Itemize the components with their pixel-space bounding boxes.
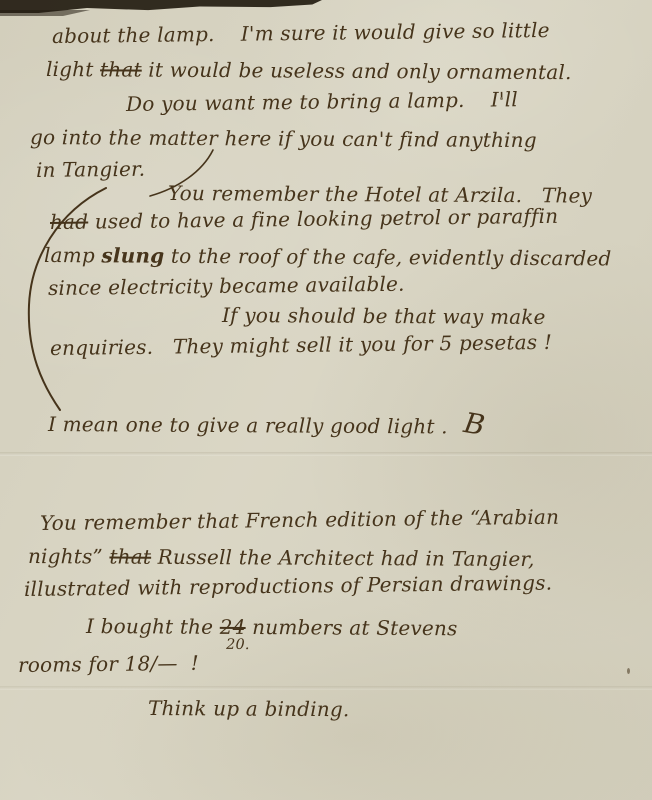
handwriting-text: You remember that French edition of the … bbox=[40, 505, 559, 535]
letter-body: about the lamp. I'm sure it would give s… bbox=[0, 20, 652, 725]
letter-line: illustrated with reproductions of Persia… bbox=[24, 565, 652, 606]
handwriting-text: nights” bbox=[28, 544, 110, 568]
handwriting-text: in Tangier. bbox=[36, 157, 145, 182]
letter-line: enquiries. They might sell it you for 5 … bbox=[50, 325, 652, 365]
struck-text: 2420. bbox=[220, 615, 246, 639]
letter-line: I bought the 2420. numbers at Stevens bbox=[86, 610, 652, 646]
letter-page: about the lamp. I'm sure it would give s… bbox=[0, 0, 652, 800]
ink-speck bbox=[500, 97, 503, 100]
handwriting-text: light bbox=[46, 57, 100, 81]
handwriting-text: I mean one to give a really good light . bbox=[48, 412, 448, 438]
letter-line: Do you want me to bring a lamp. I'll bbox=[126, 82, 652, 121]
handwriting-text: it would be useless and only ornamental. bbox=[142, 58, 572, 85]
handwriting-text: If you should be that way make bbox=[222, 303, 546, 329]
handwriting-text: slung bbox=[101, 243, 164, 267]
letter-line: about the lamp. I'm sure it would give s… bbox=[52, 13, 652, 53]
handwriting-text: used to have a fine looking petrol or pa… bbox=[88, 204, 558, 234]
handwriting-text: since electricity became available. bbox=[48, 272, 405, 300]
letter-line: I mean one to give a really good light .… bbox=[48, 405, 652, 445]
struck-text: that bbox=[100, 57, 142, 81]
handwriting-text: about the lamp. I'm sure it would give s… bbox=[52, 18, 550, 48]
monogram-initial: B bbox=[461, 406, 487, 442]
handwriting-text: Think up a binding. bbox=[148, 696, 350, 721]
struck-text: had bbox=[50, 210, 89, 234]
struck-text: that bbox=[109, 544, 151, 568]
handwriting-text: numbers at Stevens bbox=[246, 615, 458, 640]
handwriting-text: Do you want me to bring a lamp. I'll bbox=[126, 87, 518, 116]
handwriting-text: lamp bbox=[44, 243, 102, 267]
letter-line: rooms for 18/— ! bbox=[18, 641, 652, 682]
handwriting-text: enquiries. They might sell it you for 5 … bbox=[50, 330, 552, 360]
handwriting-text: rooms for 18/— ! bbox=[18, 651, 199, 677]
letter-line: Think up a binding. bbox=[148, 692, 652, 728]
letter-line: had used to have a fine looking petrol o… bbox=[50, 199, 652, 239]
letter-line: You remember that French edition of the … bbox=[40, 500, 652, 540]
handwriting-text: I bought the bbox=[86, 614, 220, 639]
scan-edge-artifact-shadow bbox=[0, 10, 90, 16]
handwriting-text: illustrated with reproductions of Persia… bbox=[24, 571, 552, 601]
ink-speck bbox=[627, 668, 630, 674]
